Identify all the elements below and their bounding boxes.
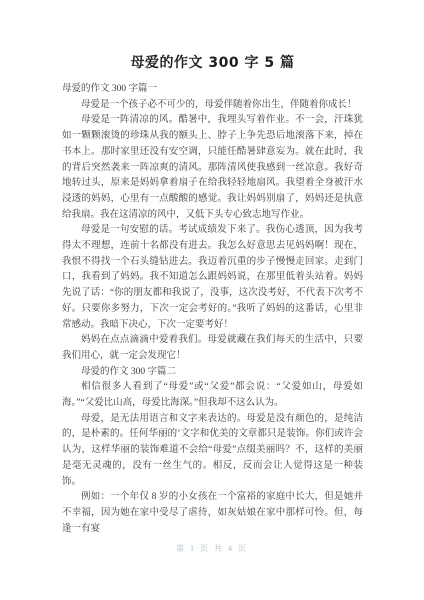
section-heading-1: 母爱的作文 300 字篇一: [62, 82, 363, 98]
paragraph: 例如：一个年仅 8 岁的小女孩在一个富裕的家庭中长大，但是她并不幸福，因为她在家…: [62, 490, 363, 537]
paragraph: 母爱，是无法用语言和文字来表达的。母爱是没有颜色的，是纯洁的，是朴素的。任何华丽…: [62, 412, 363, 491]
document-page: 母爱的作文 300 字 5 篇 母爱的作文 300 字篇一 母爱是一个孩子必不可…: [0, 0, 424, 600]
page-number-footer: 第 1 页 共 4 页: [0, 543, 424, 554]
paragraph: 母爱是一句安慰的话。考试成绩发下来了。我伤心透顶，因为我考得太不理想，连前十名都…: [62, 223, 363, 333]
paragraph: 相信很多人看到了“母爱”或“父爱”都会说：“父爱如山，母爱如海。”“父爱比山高，…: [62, 380, 363, 411]
paragraph: 母爱是一阵清凉的风。酷暑中，我埋头写着作业。不一会，汗珠犹如一颗颗滚烫的珍珠从我…: [62, 113, 363, 223]
section-heading-2: 母爱的作文 300 字篇二: [62, 365, 363, 381]
paragraph: 母爱是一个孩子必不可少的，母爱伴随着你出生，伴随着你成长！: [62, 98, 363, 114]
document-title: 母爱的作文 300 字 5 篇: [62, 54, 363, 72]
document-content: 母爱的作文 300 字 5 篇 母爱的作文 300 字篇一 母爱是一个孩子必不可…: [62, 54, 363, 537]
paragraph: 妈妈在点点滴滴中爱着我们。母爱就藏在我们每天的生活中，只要我们用心，就一定会发现…: [62, 333, 363, 364]
